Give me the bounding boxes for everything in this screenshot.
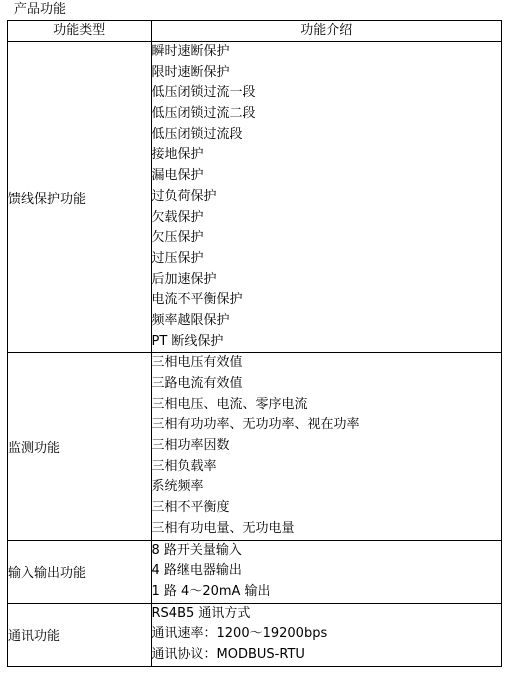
function-item: 漏电保护: [152, 166, 501, 187]
function-item: 三相有功功率、无功功率、视在功率: [152, 415, 501, 436]
function-item: 三相电压有效值: [152, 353, 501, 374]
function-items-cell: 三相电压有效值三路电流有效值三相电压、电流、零序电流三相有功功率、无功功率、视在…: [151, 353, 501, 540]
function-item: 三相有功电量、无功电量: [152, 519, 501, 540]
function-type-cell: 输入输出功能: [8, 540, 152, 603]
function-item: 限时速断保护: [152, 63, 501, 84]
function-item: 过压保护: [152, 249, 501, 270]
column-header-description: 功能介绍: [151, 21, 501, 42]
function-item: 4 路继电器输出: [152, 561, 501, 582]
function-item: 三相不平衡度: [152, 498, 501, 519]
function-item: RS4B5 通讯方式: [152, 604, 501, 625]
function-item: 低压闭锁过流二段: [152, 104, 501, 125]
table-row: 馈线保护功能瞬时速断保护限时速断保护低压闭锁过流一段低压闭锁过流二段低压闭锁过流…: [8, 42, 502, 353]
function-item: 低压闭锁过流一段: [152, 83, 501, 104]
table-row: 输入输出功能8 路开关量输入4 路继电器输出1 路 4～20mA 输出: [8, 540, 502, 603]
function-item: 低压闭锁过流段: [152, 125, 501, 146]
function-item: 频率越限保护: [152, 311, 501, 332]
function-item: PT 断线保护: [152, 332, 501, 353]
function-item: 三相负载率: [152, 457, 501, 478]
column-header-type: 功能类型: [8, 21, 152, 42]
function-item: 通讯协议：MODBUS-RTU: [152, 645, 501, 666]
function-item: 瞬时速断保护: [152, 42, 501, 63]
function-item: 三相功率因数: [152, 436, 501, 457]
table-row: 监测功能三相电压有效值三路电流有效值三相电压、电流、零序电流三相有功功率、无功功…: [8, 353, 502, 540]
function-item: 后加速保护: [152, 270, 501, 291]
function-item: 1 路 4～20mA 输出: [152, 582, 501, 603]
function-items-cell: 8 路开关量输入4 路继电器输出1 路 4～20mA 输出: [151, 540, 501, 603]
section-title: 产品功能: [14, 0, 66, 20]
table-row: 通讯功能RS4B5 通讯方式通讯速率：1200～19200bps通讯协议：MOD…: [8, 603, 502, 666]
function-item: 系统频率: [152, 477, 501, 498]
function-item: 欠载保护: [152, 208, 501, 229]
function-items-cell: RS4B5 通讯方式通讯速率：1200～19200bps通讯协议：MODBUS-…: [151, 603, 501, 666]
function-item: 三相电压、电流、零序电流: [152, 395, 501, 416]
function-type-cell: 通讯功能: [8, 603, 152, 666]
product-function-table: 功能类型 功能介绍 馈线保护功能瞬时速断保护限时速断保护低压闭锁过流一段低压闭锁…: [7, 20, 502, 667]
table-header-row: 功能类型 功能介绍: [8, 21, 502, 42]
function-item: 8 路开关量输入: [152, 541, 501, 562]
function-type-cell: 监测功能: [8, 353, 152, 540]
function-item: 通讯速率：1200～19200bps: [152, 624, 501, 645]
function-items-cell: 瞬时速断保护限时速断保护低压闭锁过流一段低压闭锁过流二段低压闭锁过流段接地保护漏…: [151, 42, 501, 353]
function-item: 电流不平衡保护: [152, 290, 501, 311]
function-item: 欠压保护: [152, 228, 501, 249]
function-type-cell: 馈线保护功能: [8, 42, 152, 353]
function-item: 接地保护: [152, 145, 501, 166]
function-item: 过负荷保护: [152, 187, 501, 208]
function-item: 三路电流有效值: [152, 374, 501, 395]
